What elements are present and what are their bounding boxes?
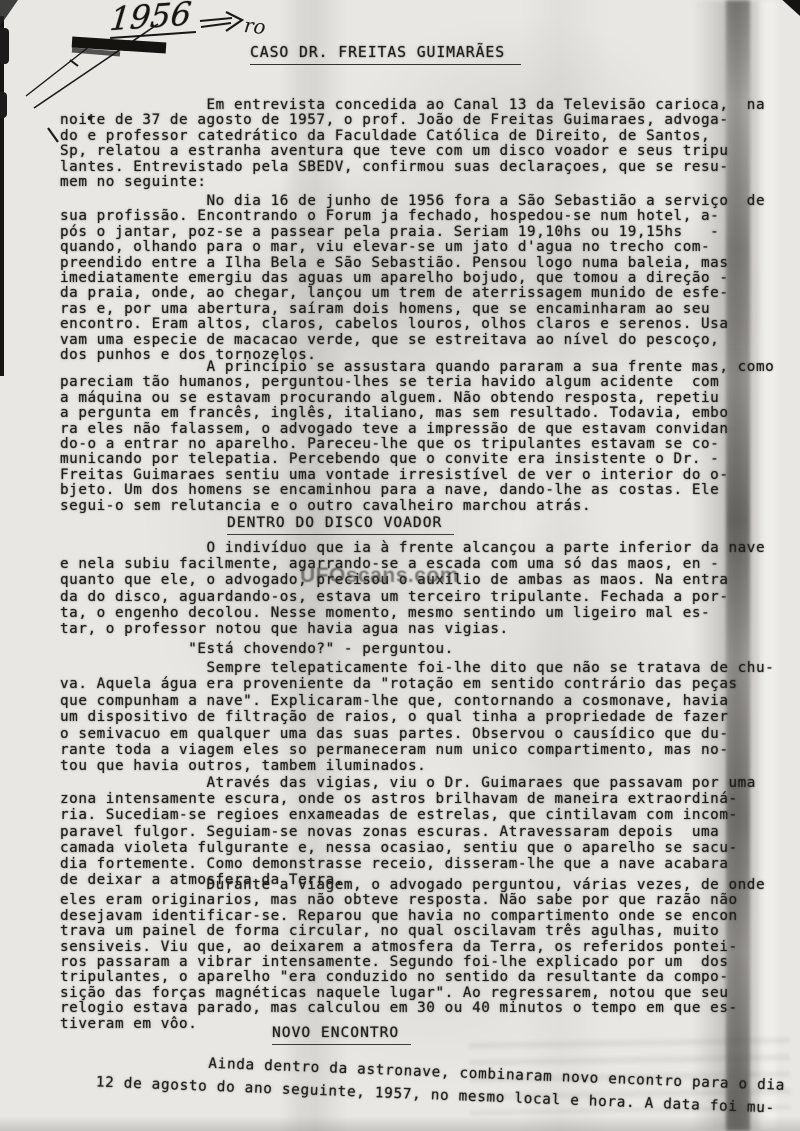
scan-bottom-shadow (0, 1116, 800, 1131)
section-heading-new-meeting: NOVO ENCONTRO (272, 1024, 411, 1045)
paragraph-telepathy: Sempre telepaticamente foi-lhe dito que … (60, 660, 774, 775)
paragraph-instrument-panel: Durante a viagem, o advogado perguntou, … (60, 878, 765, 1032)
scanned-document-page: 1956 ro CASO DR. FREITAS GUIMARÃES Em en… (0, 0, 800, 1131)
handwritten-arrow-icon (198, 8, 248, 36)
watermark: UFOscans.com (300, 564, 459, 588)
paragraph-boarding: O indivíduo que ia à frente alcançou a p… (60, 540, 765, 637)
paragraph-interview: Em entrevista concedida ao Canal 13 da T… (60, 98, 765, 190)
document-title: CASO DR. FREITAS GUIMARÃES (250, 44, 521, 65)
paragraph-space-view: Através das vigias, viu o Dr. Guimaraes … (60, 775, 756, 888)
handwritten-note: ro (243, 13, 267, 39)
scan-corner-mark (778, 0, 800, 16)
paragraph-rain-question: "Está chovendo?" - perguntou. (60, 642, 454, 657)
paragraph-arrival: No dia 16 de junho de 1956 fora a São Se… (60, 194, 765, 363)
paragraph-invitation: A princípio se assustara quando pararam … (60, 360, 774, 514)
section-heading-inside-disc: DENTRO DO DISCO VOADOR (227, 514, 454, 535)
